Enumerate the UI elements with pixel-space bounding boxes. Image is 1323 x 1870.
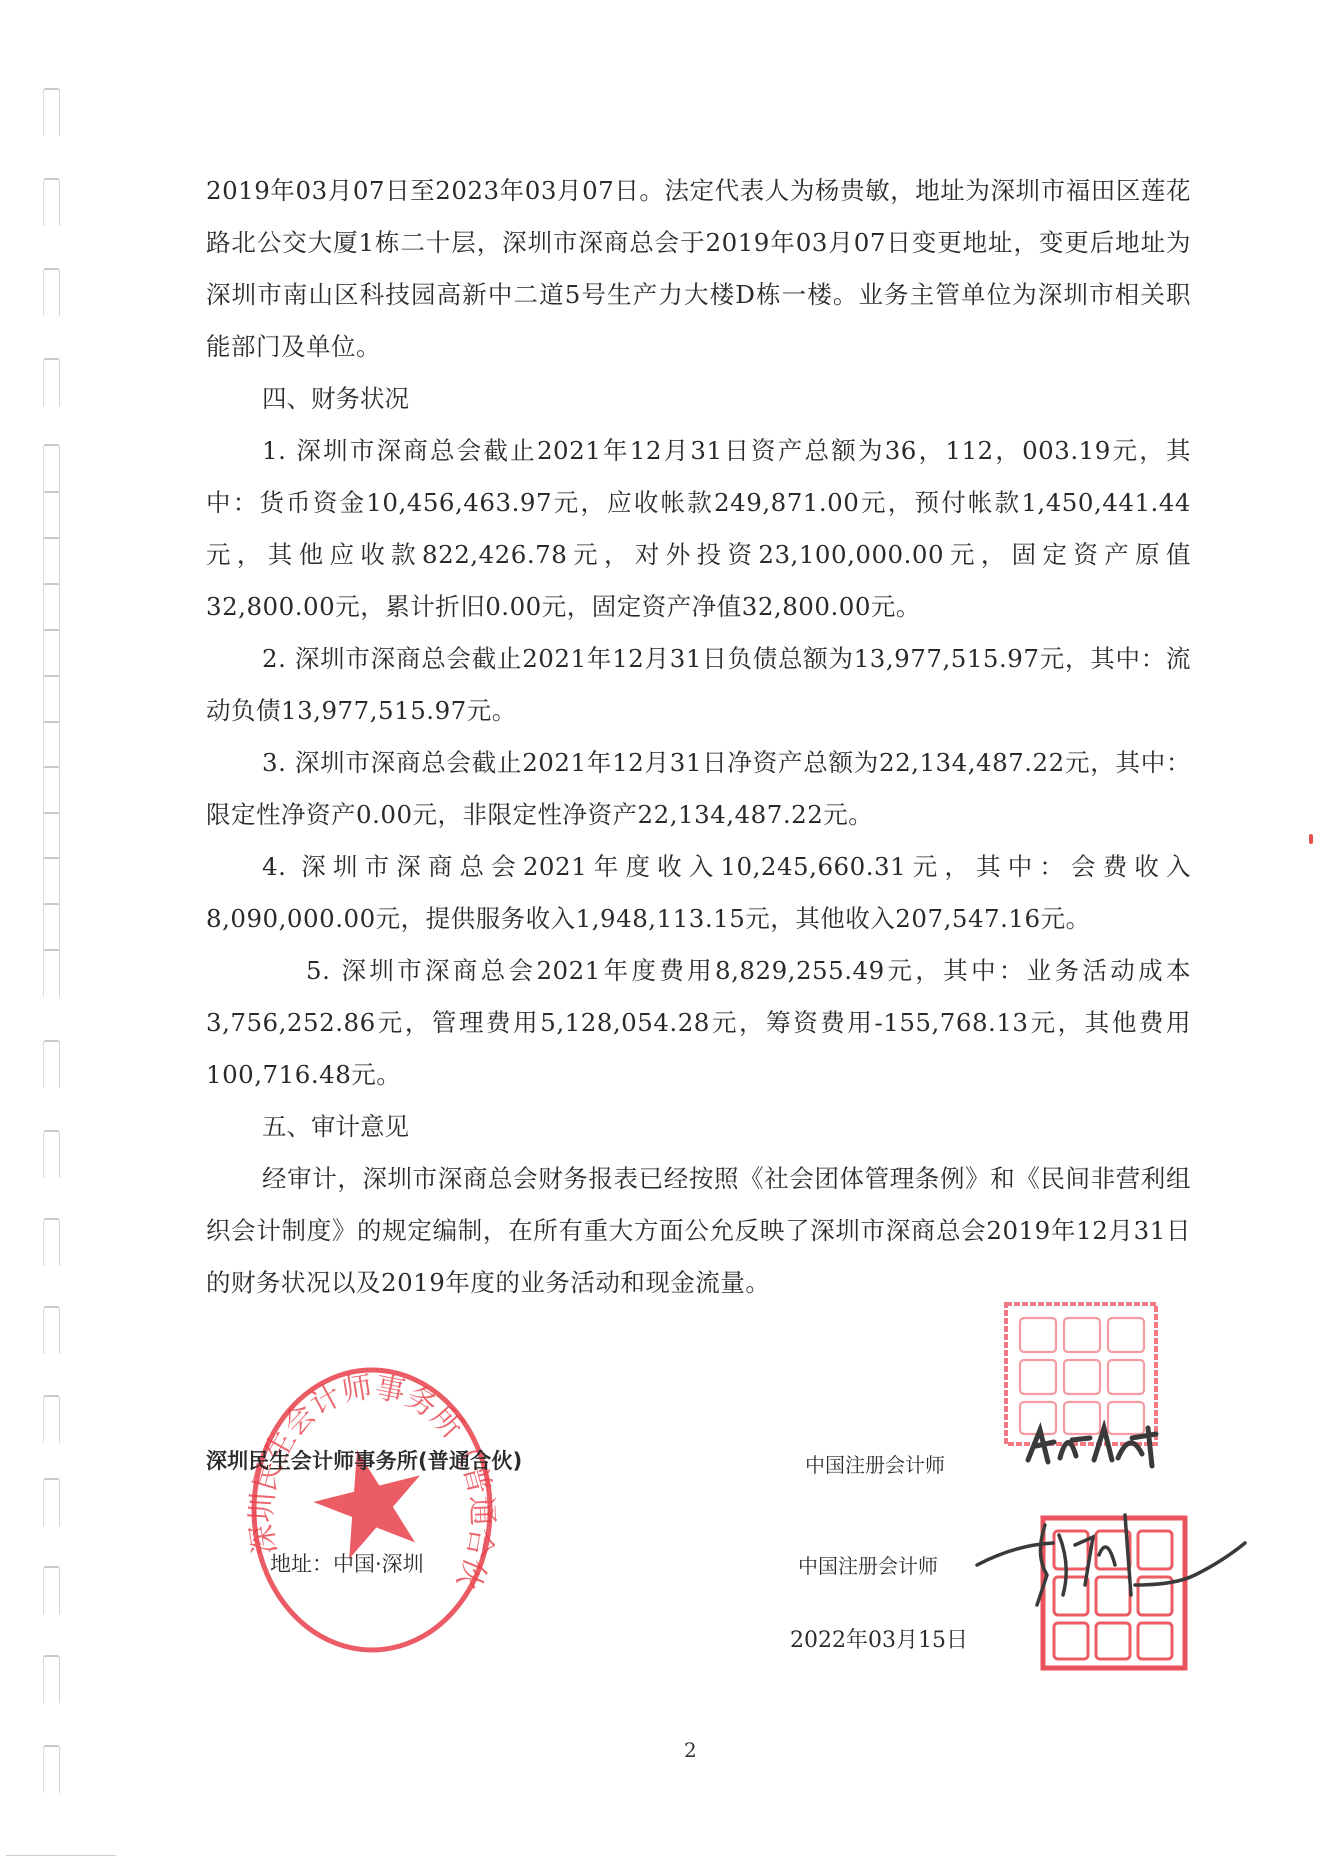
financial-item-net-assets: 3. 深圳市深商总会截止2021年12月31日净资产总额为22,134,487.… [206,737,1191,841]
binding-mark [43,1218,60,1266]
document-page: 2019年03月07日至2023年03月07日。法定代表人为杨贵敏，地址为深圳市… [0,0,1323,1870]
binding-mark [43,1040,60,1088]
intro-paragraph: 2019年03月07日至2023年03月07日。法定代表人为杨贵敏，地址为深圳市… [206,165,1191,373]
binding-mark [43,949,60,997]
binding-mark [43,491,60,539]
binding-mark [43,629,60,677]
cpa-label-second: 中国注册会计师 [798,1550,938,1579]
financial-item-liabilities: 2. 深圳市深商总会截止2021年12月31日负债总额为13,977,515.9… [206,633,1191,737]
binding-mark [43,675,60,723]
binding-mark [43,444,60,492]
audit-opinion-paragraph: 经审计，深圳市深商总会财务报表已经按照《社会团体管理条例》和《民间非营利组织会计… [206,1153,1191,1309]
section-heading-audit-opinion: 五、审计意见 [206,1101,1191,1153]
binding-mark [43,903,60,951]
report-date: 2022年03月15日 [790,1623,968,1654]
binding-mark [43,721,60,769]
binding-mark [43,178,60,226]
financial-item-expenses: 5. 深圳市深商总会2021年度费用8,829,255.49元，其中：业务活动成… [206,945,1191,1101]
binding-marks [43,0,63,1870]
binding-mark [43,1655,60,1703]
financial-item-income: 4. 深圳市深商总会2021年度收入10,245,660.31元，其中：会费收入… [206,841,1191,945]
cpa-signature-icon [1020,1420,1170,1470]
binding-mark [43,358,60,406]
binding-mark [43,812,60,860]
binding-mark [43,1395,60,1443]
report-body: 2019年03月07日至2023年03月07日。法定代表人为杨贵敏，地址为深圳市… [206,165,1191,1309]
binding-mark [43,857,60,905]
binding-mark [43,583,60,631]
binding-mark [43,1306,60,1354]
financial-item-assets: 1. 深圳市深商总会截止2021年12月31日资产总额为36，112，003.1… [206,425,1191,633]
binding-mark [43,766,60,814]
margin-speck [1309,834,1313,844]
binding-mark [43,537,60,585]
binding-mark [43,1566,60,1614]
cpa-signature-icon [975,1505,1255,1615]
bottom-edge-line [6,1855,116,1856]
cpa-label-first: 中国注册会计师 [805,1449,945,1478]
audit-firm-address: 地址：中国·深圳 [270,1548,424,1578]
page-number: 2 [684,1738,697,1762]
audit-firm-name: 深圳民生会计师事务所(普通合伙) [206,1445,522,1475]
binding-mark [43,1130,60,1178]
binding-mark [43,88,60,136]
binding-mark [43,1478,60,1526]
firm-round-seal-icon: 深圳民生会计师事务所（普通合伙） [222,1360,522,1660]
section-heading-financial-status: 四、财务状况 [206,373,1191,425]
binding-mark [43,1745,60,1793]
binding-mark [43,268,60,316]
